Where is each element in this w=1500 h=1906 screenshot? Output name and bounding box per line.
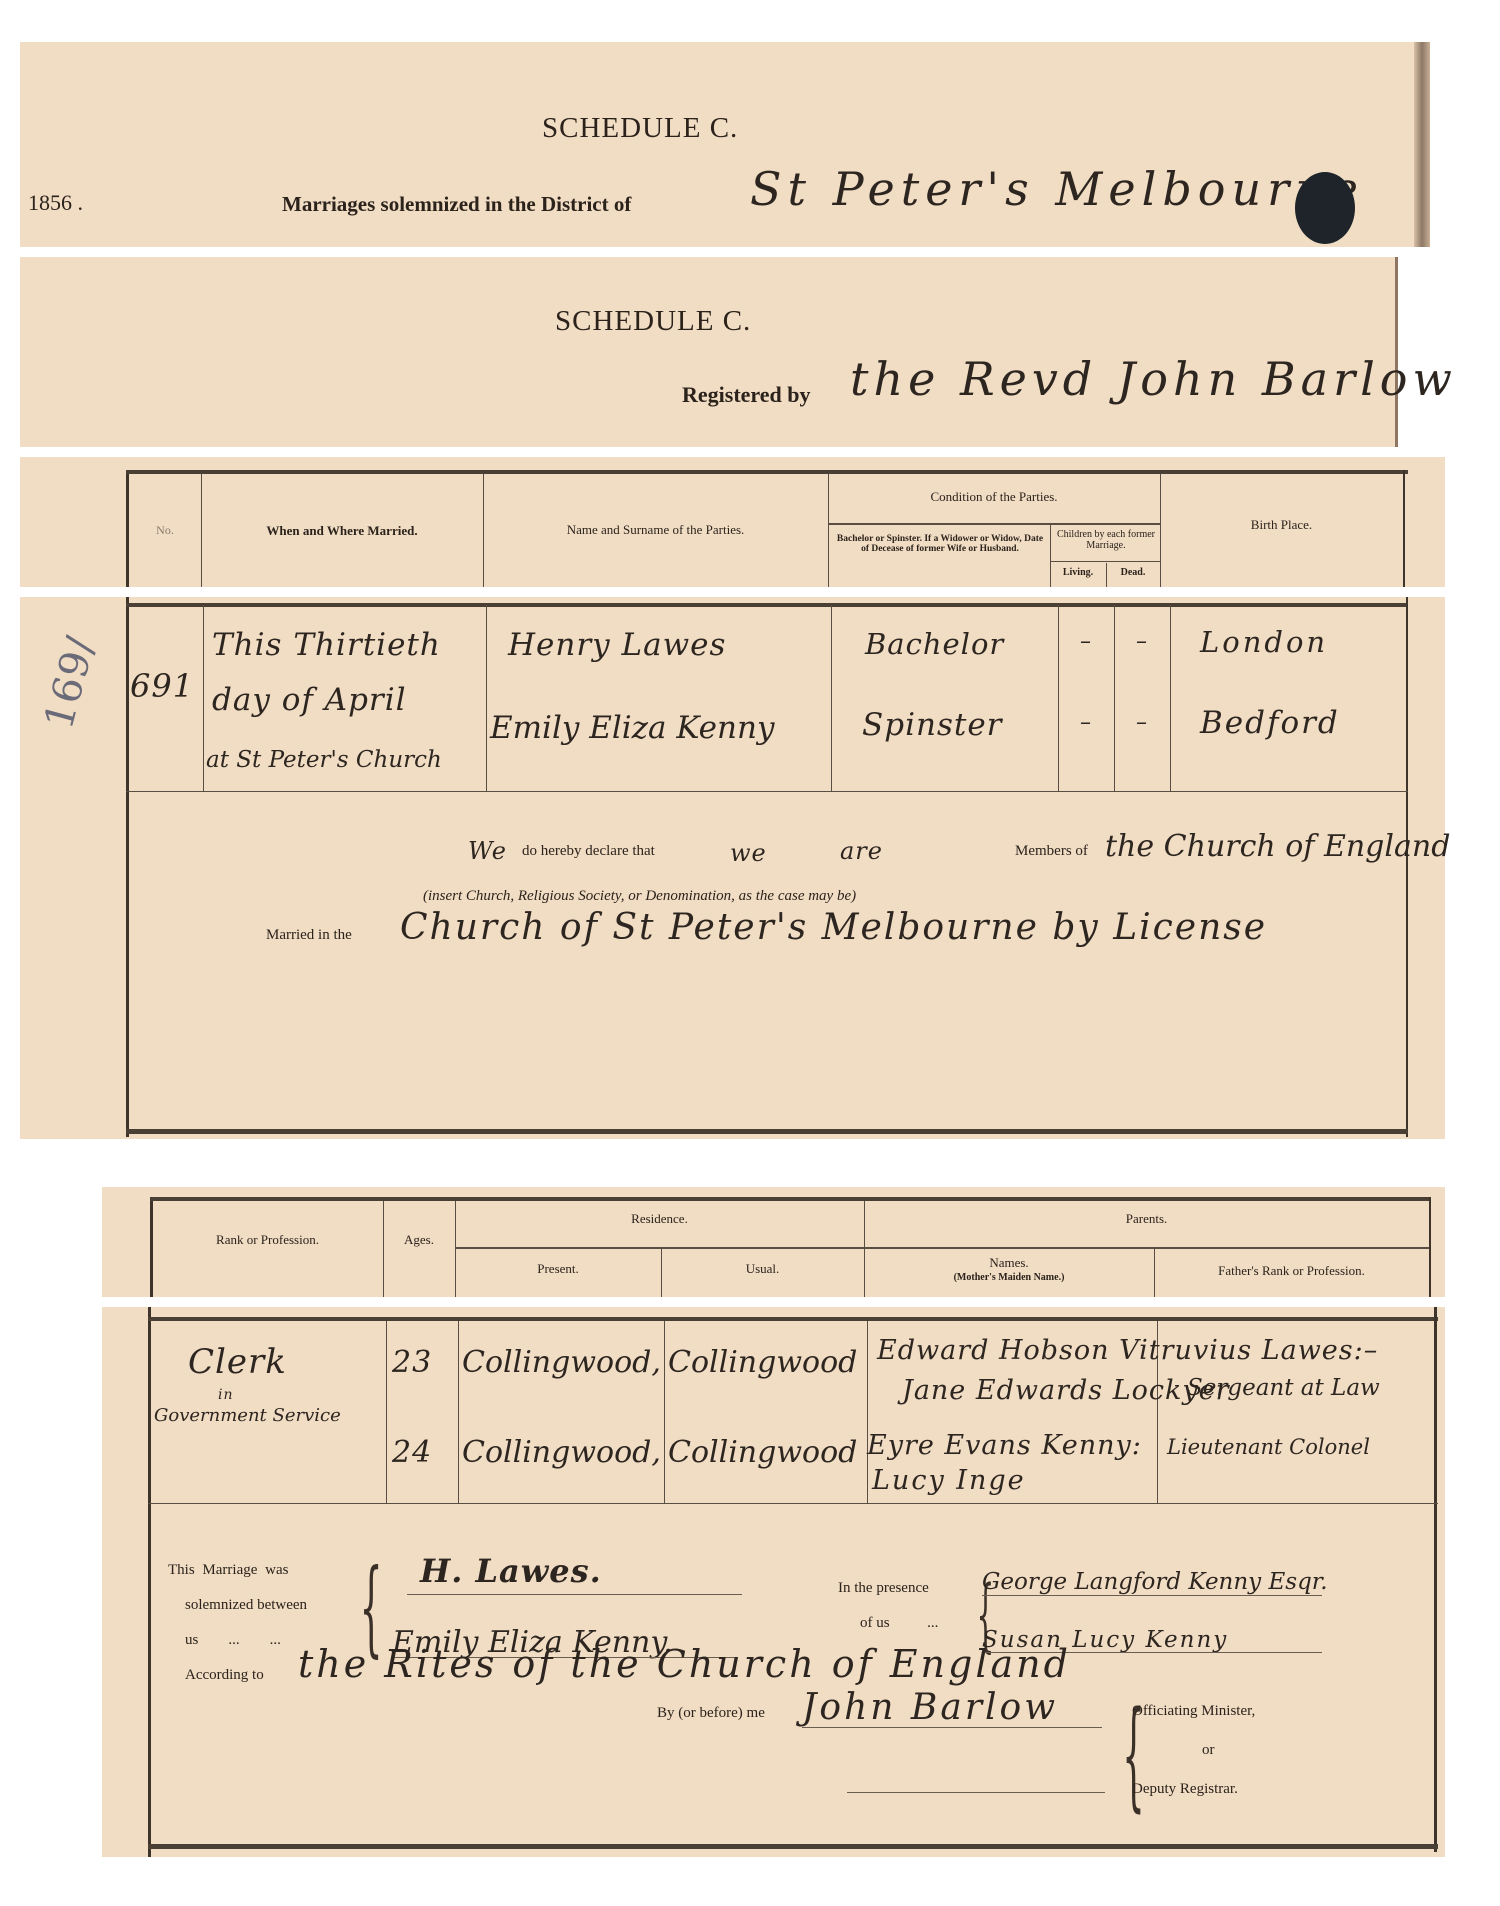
col-header-dead: Dead.	[1106, 567, 1160, 578]
denomination-instruction: (insert Church, Religious Society, or De…	[423, 888, 856, 905]
col-divider	[664, 1321, 665, 1503]
solemnized-label-3: us ... ...	[185, 1632, 281, 1649]
officiating-minister-label: Officiating Minister,	[1132, 1703, 1255, 1720]
denomination-value: the Church of England	[1105, 829, 1450, 864]
header-strip-district: SCHEDULE C. 1856 . Marriages solemnized …	[20, 42, 1430, 247]
registered-by-value: the Revd John Barlow	[850, 352, 1457, 406]
col-header-ages: Ages.	[383, 1232, 455, 1248]
col-header-children: Children by each former Marriage.	[1054, 529, 1158, 551]
district-value: St Peter's Melbourne	[750, 162, 1364, 216]
groom-residence-present: Collingwood,	[462, 1345, 661, 1380]
entry-number: 691	[130, 667, 194, 705]
married-in-label: Married in the	[266, 927, 352, 944]
col-header-mother-maiden: (Mother's Maiden Name.)	[864, 1272, 1154, 1283]
bride-father-name: Eyre Evans Kenny:	[867, 1430, 1142, 1461]
col-header-parent-names: Names.	[864, 1255, 1154, 1271]
col-header-condition-sub: Bachelor or Spinster. If a Widower or Wi…	[834, 534, 1046, 554]
bride-children-dead: –	[1114, 710, 1170, 735]
bride-age: 24	[392, 1435, 432, 1470]
groom-children-dead: –	[1114, 629, 1170, 654]
table-border	[126, 470, 1408, 474]
declaration-are: are	[840, 837, 883, 865]
groom-birthplace: London	[1200, 625, 1328, 659]
row-divider	[1050, 561, 1160, 562]
table-border	[148, 1844, 1438, 1849]
col-header-birth-place: Birth Place.	[1160, 517, 1403, 533]
signature-line	[982, 1595, 1322, 1596]
groom-name: Henry Lawes	[508, 627, 726, 663]
groom-father-name: Edward Hobson Vitruvius Lawes:–	[877, 1335, 1378, 1366]
signature-line	[847, 1792, 1105, 1793]
signature-line	[802, 1727, 1102, 1728]
when-line-2: day of April	[212, 682, 407, 718]
district-label: Marriages solemnized in the District of	[282, 192, 631, 217]
members-of-label: Members of	[1015, 843, 1088, 860]
declaration-we: We	[468, 837, 507, 865]
table-border	[126, 597, 129, 1137]
groom-mother-name: Jane Edwards Lockyer	[902, 1375, 1230, 1406]
bride-children-living: –	[1058, 710, 1114, 735]
or-label: or	[1202, 1742, 1215, 1759]
groom-condition: Bachelor	[865, 627, 1004, 661]
row-divider	[828, 523, 1160, 525]
groom-rank-line-3: Government Service	[154, 1405, 341, 1426]
col-header-no: No.	[129, 523, 201, 538]
schedule-title: SCHEDULE C.	[542, 112, 738, 145]
registered-by-label: Registered by	[682, 382, 811, 408]
header-strip-registrar: SCHEDULE C. Registered by the Revd John …	[20, 257, 1398, 447]
row-divider	[864, 1247, 1429, 1249]
col-divider	[831, 605, 832, 791]
declaration-text: do hereby declare that	[522, 843, 655, 860]
groom-rank-line-1: Clerk	[188, 1342, 287, 1382]
groom-father-rank: Sergeant at Law	[1187, 1375, 1380, 1401]
according-to-value: the Rites of the Church of England	[298, 1642, 1071, 1686]
groom-residence-usual: Collingwood	[668, 1345, 857, 1380]
bride-father-rank: Lieutenant Colonel	[1167, 1435, 1370, 1459]
table-border	[1406, 597, 1408, 1137]
witness-1-signature: George Langford Kenny Esqr.	[982, 1569, 1328, 1595]
margin-note: 169/	[36, 631, 105, 734]
col-divider	[486, 605, 487, 791]
col-header-condition: Condition of the Parties.	[828, 489, 1160, 505]
table-border	[126, 603, 1408, 607]
signature-line	[407, 1594, 742, 1595]
solemnized-label-1: This Marriage was	[168, 1562, 288, 1579]
col-header-living: Living.	[1050, 567, 1106, 578]
col-divider	[383, 1201, 384, 1297]
page-edge	[1414, 42, 1430, 247]
married-in-value: Church of St Peter's Melbourne by Licens…	[400, 907, 1267, 948]
table2-entry-strip: Clerk in Government Service 23 Collingwo…	[102, 1307, 1445, 1857]
deputy-registrar-label: Deputy Registrar.	[1132, 1781, 1238, 1798]
table-border	[1429, 1197, 1431, 1297]
bride-condition: Spinster	[862, 707, 1003, 743]
col-header-usual: Usual.	[661, 1261, 864, 1277]
table-border	[1403, 470, 1405, 587]
schedule-title-2: SCHEDULE C.	[555, 305, 751, 338]
groom-signature: H. Lawes.	[420, 1552, 602, 1590]
col-header-parents: Parents.	[864, 1211, 1429, 1227]
table-border	[1434, 1307, 1437, 1852]
groom-age: 23	[392, 1345, 432, 1380]
col-header-when-where: When and Where Married.	[201, 523, 483, 539]
table1-entry-strip: 169/ 691 This Thirtieth day of April at …	[20, 597, 1445, 1139]
bride-residence-present: Collingwood,	[462, 1435, 661, 1470]
col-divider	[867, 1321, 868, 1503]
table-border	[148, 1317, 1438, 1321]
col-divider	[458, 1321, 459, 1503]
solemnized-label-2: solemnized between	[185, 1597, 307, 1614]
col-divider	[1170, 605, 1171, 791]
groom-rank-line-2: in	[218, 1387, 234, 1403]
table-border	[148, 1307, 151, 1857]
bride-mother-name: Lucy Inge	[872, 1465, 1026, 1496]
col-header-names: Name and Surname of the Parties.	[483, 522, 828, 538]
row-divider	[148, 1503, 1438, 1504]
col-header-father-rank: Father's Rank or Profession.	[1154, 1263, 1429, 1279]
bride-residence-usual: Collingwood	[668, 1435, 857, 1470]
table-border	[126, 1129, 1408, 1134]
ink-blot	[1295, 172, 1355, 244]
col-header-residence: Residence.	[455, 1211, 864, 1227]
table-border	[150, 1197, 1430, 1201]
col-header-present: Present.	[455, 1261, 661, 1277]
declaration-we-2: we	[730, 839, 767, 867]
table2-header-strip: Rank or Profession. Ages. Residence. Pre…	[102, 1187, 1445, 1297]
bride-birthplace: Bedford	[1200, 705, 1340, 741]
table1-header-strip: No. When and Where Married. Name and Sur…	[20, 457, 1445, 587]
presence-label-1: In the presence	[838, 1580, 929, 1597]
year-label: 1856 .	[28, 190, 83, 216]
row-divider	[126, 791, 1408, 792]
col-divider	[386, 1321, 387, 1503]
presence-label-2: of us ...	[860, 1615, 938, 1632]
bride-name: Emily Eliza Kenny	[490, 710, 774, 746]
minister-signature: John Barlow	[802, 1687, 1058, 1728]
when-line-1: This Thirtieth	[212, 627, 441, 663]
when-line-3: at St Peter's Church	[206, 747, 442, 773]
col-divider	[203, 605, 204, 791]
col-header-rank: Rank or Profession.	[152, 1232, 383, 1248]
by-or-before-me-label: By (or before) me	[657, 1705, 765, 1722]
groom-children-living: –	[1058, 629, 1114, 654]
according-to-label: According to	[185, 1667, 264, 1684]
row-divider	[455, 1247, 864, 1249]
